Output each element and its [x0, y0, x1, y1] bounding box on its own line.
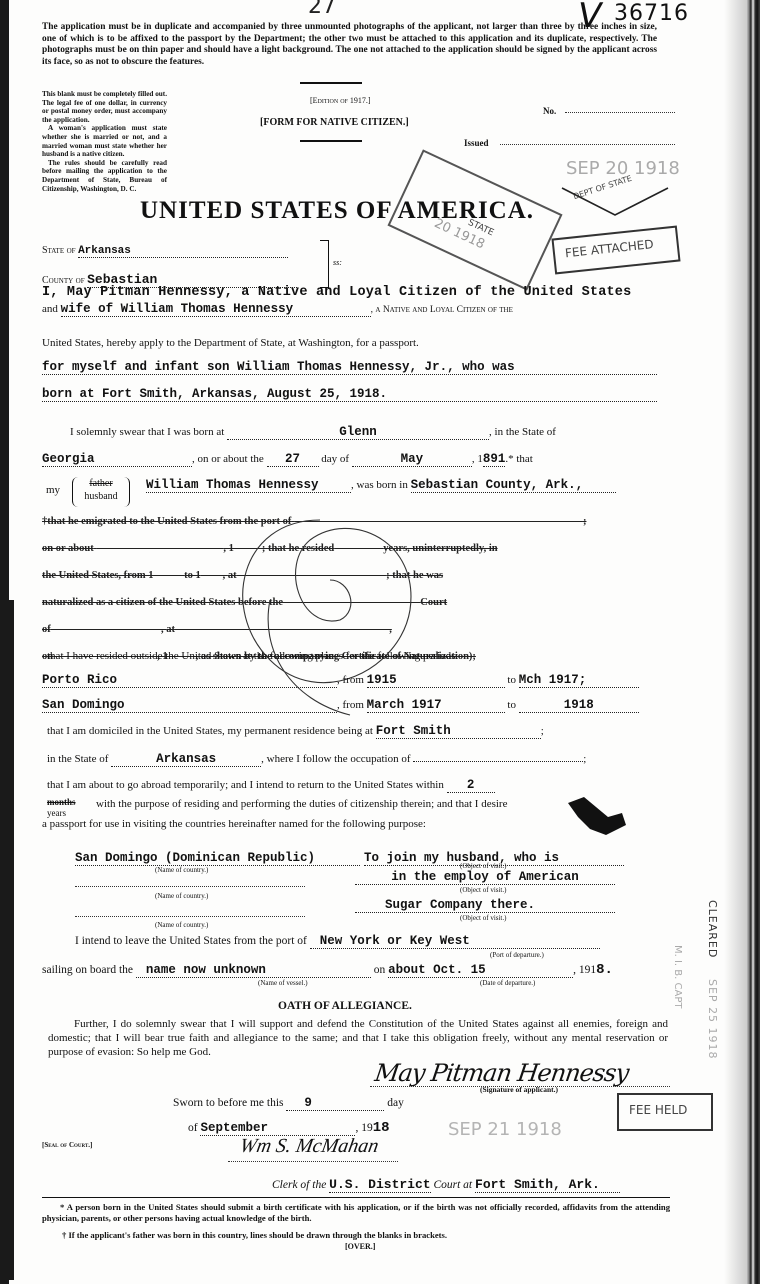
note-woman: A woman's application must state whether… [42, 124, 167, 158]
day-of-label: day of [321, 453, 349, 465]
residence-place-field[interactable]: San Domingo [42, 698, 337, 713]
object-field-3[interactable]: Sugar Company there. [355, 898, 615, 913]
residence-place-field[interactable]: Porto Rico [42, 673, 337, 688]
fee-held-stamp: FEE HELD [617, 1093, 713, 1131]
from-label: , from [337, 699, 364, 711]
abroad-line: that I am about to go abroad temporarily… [47, 778, 495, 793]
object-caption: (Object of visit.) [460, 914, 506, 922]
relationship-field[interactable]: wife of William Thomas Hennessy [61, 302, 371, 317]
form-type: [FORM FOR NATIVE CITIZEN.] [260, 117, 409, 128]
cleared-stamp: CLEARED SEP 25 1918 [705, 900, 719, 1059]
struck-text: to 1 [184, 570, 201, 581]
departure-year-field[interactable]: 8. [596, 962, 613, 978]
note-fee: This blank must be completely filled out… [42, 90, 167, 124]
country-caption: (Name of country.) [155, 921, 208, 929]
birth-intro: I solemnly swear that I was born at [70, 426, 224, 438]
fee-attached-stamp: FEE ATTACHED [551, 226, 680, 275]
residence-from-field[interactable]: 1915 [367, 673, 505, 688]
spouse-birthplace-field[interactable]: Sebastian County, Ark., [411, 478, 616, 493]
citizen-label: , a Native and Loyal Citizen of the [371, 305, 513, 315]
document-title: UNITED STATES OF AMERICA. [140, 197, 534, 225]
court-seal-label: [Seal of Court.] [42, 1141, 92, 1149]
struck-text: the United States, from 1 [42, 570, 154, 581]
of-label: of [188, 1122, 198, 1134]
state-of-label: in the State of [47, 753, 108, 765]
domicile-line: that I am domiciled in the United States… [47, 724, 544, 739]
residence-row-2: San Domingo, from March 1917 to 1918 [42, 698, 639, 713]
date-caption: (Date of departure.) [480, 979, 535, 987]
port-caption: (Port of departure.) [490, 951, 544, 959]
purpose-text: with the purpose of residing and perform… [96, 798, 507, 810]
country-field-2[interactable] [75, 886, 305, 887]
fee-held-text: FEE HELD [629, 1103, 687, 1117]
father-footnote: † If the applicant's father was born in … [62, 1230, 447, 1240]
instruction-note: This blank must be completely filled out… [42, 90, 167, 193]
sworn-label: Sworn to before me this [173, 1097, 284, 1109]
passport-for-line-1[interactable]: for myself and infant son William Thomas… [42, 360, 657, 375]
relationship-line: and wife of William Thomas Hennessy, a N… [42, 302, 513, 317]
father-husband-bracket: father husband [72, 477, 130, 507]
left-scan-border-lower [0, 600, 14, 1280]
vessel-field[interactable]: name now unknown [136, 963, 371, 978]
year-prefix: , 1 [472, 453, 483, 465]
object-caption: (Object of visit.) [460, 862, 506, 870]
day-label: day [387, 1097, 404, 1109]
oath-title: OATH OF ALLEGIANCE. [278, 1000, 412, 1012]
domicile-state-field[interactable]: Arkansas [111, 752, 261, 767]
cancellation-scribble [200, 500, 440, 730]
object-field-2[interactable]: in the employ of American [355, 870, 615, 885]
born-in-label: , was born in [351, 479, 408, 491]
clerk-line: Clerk of the U.S. District Court at Fort… [272, 1177, 620, 1193]
object-caption: (Object of visit.) [460, 886, 506, 894]
right-scan-shadow [724, 0, 746, 1284]
departure-port-line: I intend to leave the United States from… [75, 934, 600, 949]
cleared-sub-stamp: M. I. B. CAPT [672, 945, 683, 1008]
husband-option[interactable]: husband [73, 490, 129, 503]
court-field[interactable]: U.S. District [329, 1177, 430, 1193]
birth-date-line: Georgia, on or about the 27 day of May, … [42, 452, 533, 467]
birth-line: I solemnly swear that I was born at Glen… [70, 425, 556, 440]
divider [300, 140, 362, 142]
residence-to-field[interactable]: 1918 [519, 698, 639, 713]
sailing-line: sailing on board the name now unknown on… [42, 962, 613, 978]
months-years-options: months years [47, 797, 76, 819]
country-caption: (Name of country.) [155, 866, 208, 874]
number-field[interactable] [565, 112, 675, 113]
passport-for-line-2[interactable]: born at Fort Smith, Arkansas, August 25,… [42, 387, 657, 402]
divider [300, 82, 362, 84]
residence-from-field[interactable]: March 1917 [367, 698, 505, 713]
state-label: State of [42, 245, 76, 256]
edition-label: [Edition of 1917.] [310, 96, 371, 105]
clerk-signature: Wm S. McMahan [238, 1135, 380, 1158]
state-occupation-line: in the State of Arkansas, where I follow… [47, 752, 586, 767]
object-text: Sugar Company there. [385, 898, 535, 912]
cleared-text: CLEARED [706, 900, 719, 958]
country-field-3[interactable] [75, 916, 305, 917]
spouse-name-field[interactable]: William Thomas Hennessy [146, 478, 351, 493]
right-scan-border [746, 0, 760, 1284]
residence-row-1: Porto Rico, from 1915 to Mch 1917; [42, 673, 639, 688]
to-label: to [507, 699, 516, 711]
photo-instructions: The application must be in duplicate and… [42, 22, 657, 68]
occupation-field[interactable] [413, 761, 583, 762]
passport-application-page: 27 V 36716 The application must be in du… [0, 0, 760, 1284]
year-prefix: , 191 [573, 964, 596, 976]
apply-statement: United States, hereby apply to the Depar… [42, 337, 419, 349]
return-within-field[interactable]: 2 [447, 778, 495, 793]
sworn-year-field[interactable]: 18 [373, 1120, 390, 1136]
from-label: , from [337, 674, 364, 686]
black-ink-blot [560, 795, 630, 840]
about-label: , on or about the [192, 453, 264, 465]
issued-field[interactable] [500, 144, 675, 145]
birth-month-field[interactable]: May [352, 452, 472, 467]
residence-field[interactable]: Fort Smith [376, 724, 541, 739]
struck-text: of [42, 624, 51, 635]
residence-abroad-intro: that I have resided outside the United S… [47, 650, 458, 662]
spouse-line: William Thomas Hennessy, was born in Seb… [146, 478, 616, 493]
that-label: .* that [505, 453, 533, 465]
note-rules: The rules should be carefully read befor… [42, 159, 167, 193]
clerk-label: Clerk of the [272, 1179, 326, 1191]
venue-bracket [320, 240, 329, 288]
vessel-caption: (Name of vessel.) [258, 979, 308, 987]
cleared-date: SEP 25 1918 [706, 979, 719, 1060]
year-prefix: , 19 [355, 1122, 372, 1134]
struck-text: at [166, 624, 175, 635]
venue-state: State of Arkansas [42, 245, 288, 258]
my-label: my [46, 484, 60, 496]
sailing-label: sailing on board the [42, 964, 133, 976]
state-of-label: , in the State of [489, 426, 556, 438]
court-at-label: Court at [433, 1179, 472, 1191]
sep21-stamp: SEP 21 1918 [448, 1119, 562, 1140]
applicant-signature: May Pitman Hennessy [373, 1059, 630, 1087]
birth-year-field[interactable]: 891 [483, 452, 506, 467]
number-label: No. [543, 106, 556, 116]
birth-day-field[interactable]: 27 [267, 452, 319, 467]
abroad-text: that I am about to go abroad temporarily… [47, 779, 444, 791]
handwritten-mark: 27 [308, 0, 336, 19]
departure-intro: I intend to leave the United States from… [75, 935, 307, 947]
birth-state-field[interactable]: Georgia [42, 452, 192, 467]
fee-attached-text: FEE ATTACHED [564, 237, 654, 260]
country-field[interactable]: San Domingo (Dominican Republic) [75, 851, 360, 866]
over-label: [OVER.] [345, 1242, 375, 1251]
passport-use-text: a passport for use in visiting the count… [42, 818, 426, 830]
clerk-signature-line [228, 1161, 398, 1162]
domicile-intro: that I am domiciled in the United States… [47, 725, 373, 737]
father-option[interactable]: father [73, 477, 129, 490]
court-place-field[interactable]: Fort Smith, Ark. [475, 1177, 620, 1193]
state-field[interactable]: Arkansas [78, 245, 288, 258]
birthplace-field[interactable]: Glenn [227, 425, 489, 440]
received-stamp-chevron [560, 160, 670, 220]
on-label: on [374, 964, 386, 976]
issued-label: Issued [464, 138, 489, 148]
occupation-label: , where I follow the occupation of [261, 753, 410, 765]
sworn-line: Sworn to before me this 9 day [173, 1096, 404, 1111]
footnote-divider [42, 1197, 670, 1198]
sworn-month-line: of September, 1918 [188, 1120, 390, 1136]
departure-date-field[interactable]: about Oct. 15 [388, 963, 573, 978]
ss-label: ss: [333, 258, 342, 267]
months-option[interactable]: months [47, 797, 76, 808]
and-label: and [42, 303, 58, 315]
residence-to-field[interactable]: Mch 1917; [519, 673, 639, 688]
struck-text: on or about [42, 543, 94, 554]
signature-caption: (Signature of applicant.) [480, 1085, 558, 1094]
applicant-statement[interactable]: I, May Pitman Hennessy, a Native and Loy… [42, 285, 631, 300]
birth-certificate-footnote: * A person born in the United States sho… [42, 1202, 670, 1223]
country-row-1: San Domingo (Dominican Republic) To join… [75, 848, 624, 866]
country-caption: (Name of country.) [155, 892, 208, 900]
departure-port-field[interactable]: New York or Key West [310, 934, 600, 949]
sworn-month-field[interactable]: September [200, 1121, 355, 1136]
sworn-day-field[interactable]: 9 [286, 1096, 384, 1111]
to-label: to [507, 674, 516, 686]
oath-text: Further, I do solemnly swear that I will… [48, 1017, 668, 1059]
